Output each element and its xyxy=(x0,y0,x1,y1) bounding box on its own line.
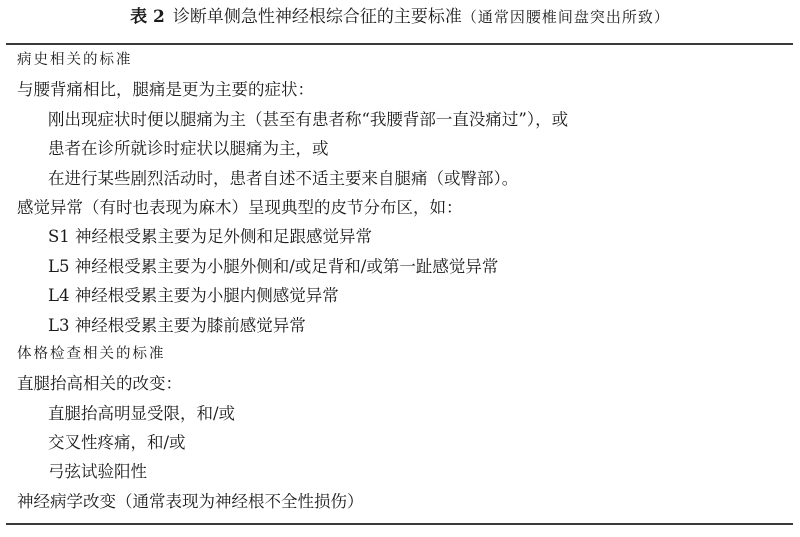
sub-criterion: 弓弦试验阳性 xyxy=(0,457,800,486)
section-heading-exam: 体格检查相关的标准 xyxy=(0,340,800,369)
criterion-leg-pain-dominant: 与腰背痛相比，腿痛是更为主要的症状： xyxy=(0,75,800,104)
criterion-straight-leg-raise: 直腿抬高相关的改变： xyxy=(0,369,800,398)
sub-criterion: 刚出现症状时便以腿痛为主（甚至有患者称“我腰背部一直没痛过”），或 xyxy=(0,105,800,134)
sub-criterion-l3: L3 神经根受累主要为膝前感觉异常 xyxy=(0,311,800,340)
sub-criterion: 患者在诊所就诊时症状以腿痛为主，或 xyxy=(0,134,800,163)
sub-criterion: 在进行某些剧烈活动时，患者自述不适主要来自腿痛（或臀部）。 xyxy=(0,164,800,193)
sub-criterion-s1: S1 神经根受累主要为足外侧和足跟感觉异常 xyxy=(0,222,800,251)
table-label: 表 2 xyxy=(130,7,165,27)
section-heading-history: 病史相关的标准 xyxy=(0,46,800,75)
sub-criterion-l4: L4 神经根受累主要为小腿内侧感觉异常 xyxy=(0,281,800,310)
sub-criterion: 直腿抬高明显受限，和/或 xyxy=(0,399,800,428)
table-title: 诊断单侧急性神经根综合征的主要标准 xyxy=(173,7,462,27)
table-caption: 表 2诊断单侧急性神经根综合征的主要标准（通常因腰椎间盘突出所致） xyxy=(0,5,800,29)
sub-criterion-l5: L5 神经根受累主要为小腿外侧和/或足背和/或第一趾感觉异常 xyxy=(0,252,800,281)
table-title-note: （通常因腰椎间盘突出所致） xyxy=(462,8,670,26)
criteria-table-body: 病史相关的标准 与腰背痛相比，腿痛是更为主要的症状： 刚出现症状时便以腿痛为主（… xyxy=(0,46,800,516)
criterion-dermatomal-paresthesia: 感觉异常（有时也表现为麻木）呈现典型的皮节分布区，如： xyxy=(0,193,800,222)
sub-criterion: 交叉性疼痛，和/或 xyxy=(0,428,800,457)
top-rule xyxy=(6,43,793,45)
bottom-rule xyxy=(6,523,793,525)
criterion-neurological-change: 神经病学改变（通常表现为神经根不全性损伤） xyxy=(0,487,800,516)
